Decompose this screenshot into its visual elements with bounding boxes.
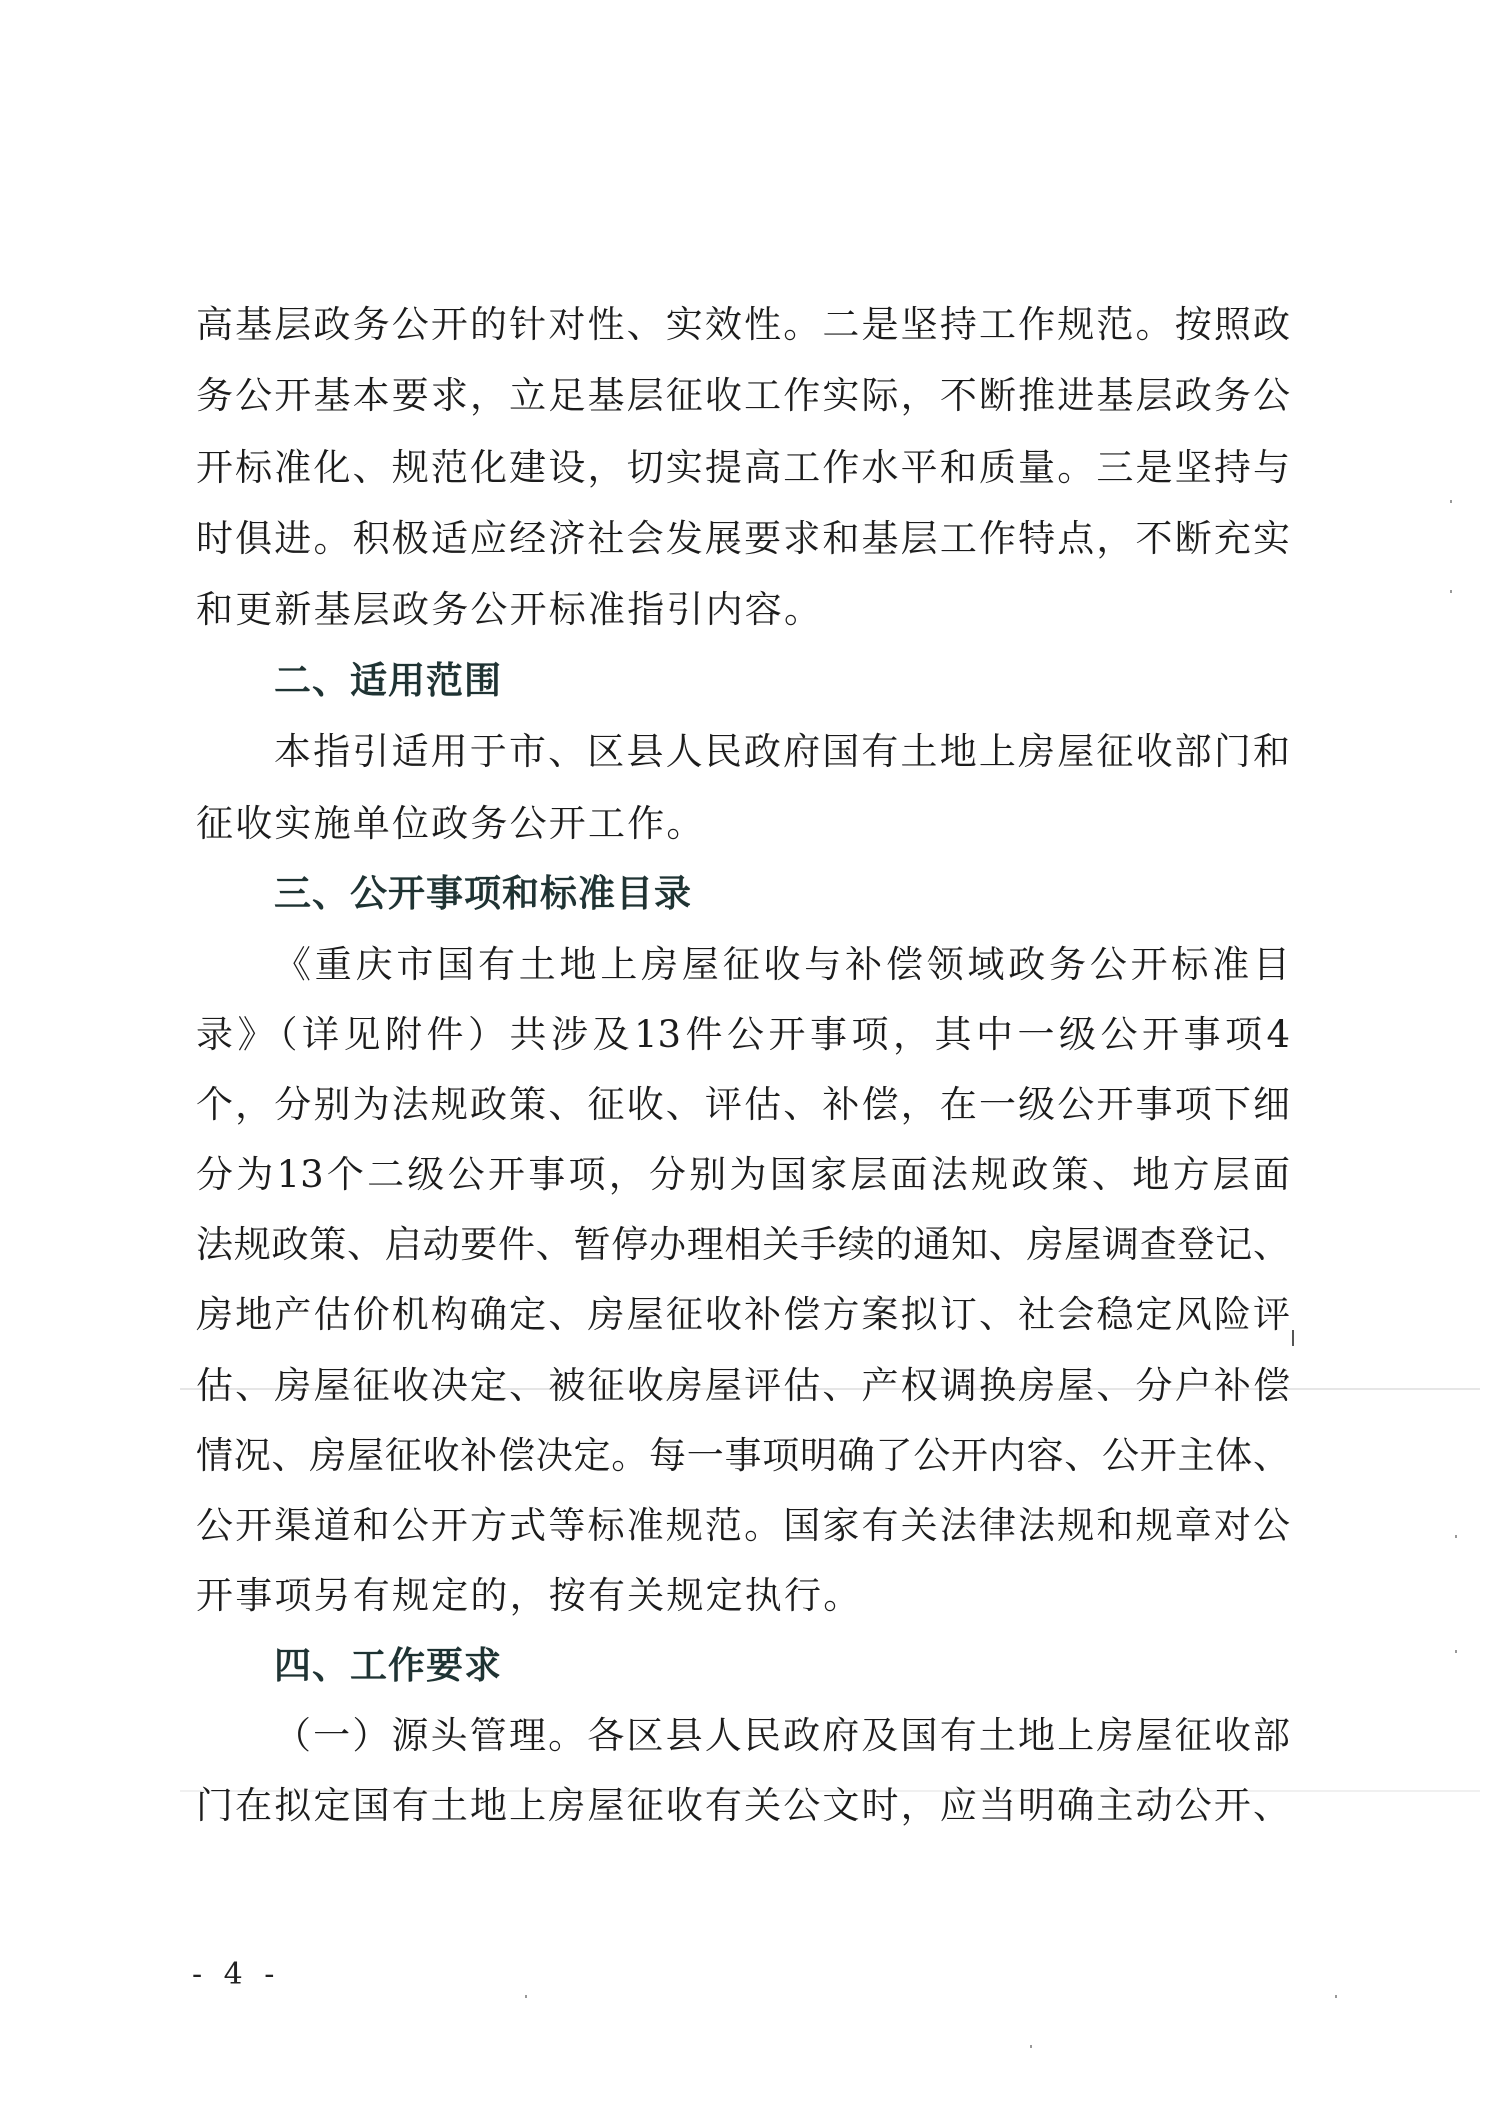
section-heading-scope: 二、适用范围 bbox=[274, 659, 502, 703]
document-page: 高基层政务公开的针对性、实效性。二是坚持工作规范。按照政 务公开基本要求，立足基… bbox=[0, 0, 1488, 2106]
scan-speck bbox=[1335, 1995, 1337, 1998]
scan-speck bbox=[1455, 1650, 1457, 1653]
body-text-line: 房地产估价机构确定、房屋征收补偿方案拟订、社会稳定风险评 bbox=[196, 1293, 1290, 1337]
body-text-line: 本指引适用于市、区县人民政府国有土地上房屋征收部门和 bbox=[274, 730, 1290, 774]
scan-speck bbox=[1030, 2045, 1032, 2048]
scan-speck bbox=[1292, 1330, 1294, 1346]
scan-speck bbox=[1450, 500, 1452, 503]
body-text-line: 和更新基层政务公开标准指引内容。 bbox=[196, 588, 1290, 632]
body-text-line: 开事项另有规定的，按有关规定执行。 bbox=[196, 1574, 1290, 1618]
body-text-line: 公开渠道和公开方式等标准规范。国家有关法律法规和规章对公 bbox=[196, 1504, 1290, 1548]
scan-speck bbox=[525, 1995, 527, 1998]
body-text-line: 务公开基本要求，立足基层征收工作实际，不断推进基层政务公 bbox=[196, 374, 1290, 418]
body-text-line: 高基层政务公开的针对性、实效性。二是坚持工作规范。按照政 bbox=[196, 303, 1290, 347]
body-text-line: 估、房屋征收决定、被征收房屋评估、产权调换房屋、分户补偿 bbox=[196, 1364, 1290, 1408]
page-number: - 4 - bbox=[192, 1955, 280, 1995]
section-heading-disclosure-items: 三、公开事项和标准目录 bbox=[274, 872, 692, 916]
body-text-line: 录》（详见附件）共涉及13件公开事项，其中一级公开事项4 bbox=[196, 1013, 1290, 1057]
body-text-line: 法规政策、启动要件、暂停办理相关手续的通知、房屋调查登记、 bbox=[196, 1223, 1290, 1267]
body-text-line: 门在拟定国有土地上房屋征收有关公文时，应当明确主动公开、 bbox=[196, 1784, 1290, 1828]
body-text-line: 《重庆市国有土地上房屋征收与补偿领域政务公开标准目 bbox=[274, 943, 1290, 987]
body-text-line: 时俱进。积极适应经济社会发展要求和基层工作特点，不断充实 bbox=[196, 517, 1290, 561]
body-text-line: 征收实施单位政务公开工作。 bbox=[196, 802, 1290, 846]
scan-speck bbox=[1455, 1535, 1457, 1538]
body-text-line: 情况、房屋征收补偿决定。每一事项明确了公开内容、公开主体、 bbox=[196, 1434, 1290, 1478]
body-text-line: 开标准化、规范化建设，切实提高工作水平和质量。三是坚持与 bbox=[196, 446, 1290, 490]
scan-speck bbox=[1450, 590, 1452, 593]
section-heading-work-requirements: 四、工作要求 bbox=[274, 1644, 502, 1688]
body-text-line: （一）源头管理。各区县人民政府及国有土地上房屋征收部 bbox=[274, 1714, 1290, 1758]
body-text-line: 分为13个二级公开事项，分别为国家层面法规政策、地方层面 bbox=[196, 1153, 1290, 1197]
body-text-line: 个，分别为法规政策、征收、评估、补偿，在一级公开事项下细 bbox=[196, 1083, 1290, 1127]
